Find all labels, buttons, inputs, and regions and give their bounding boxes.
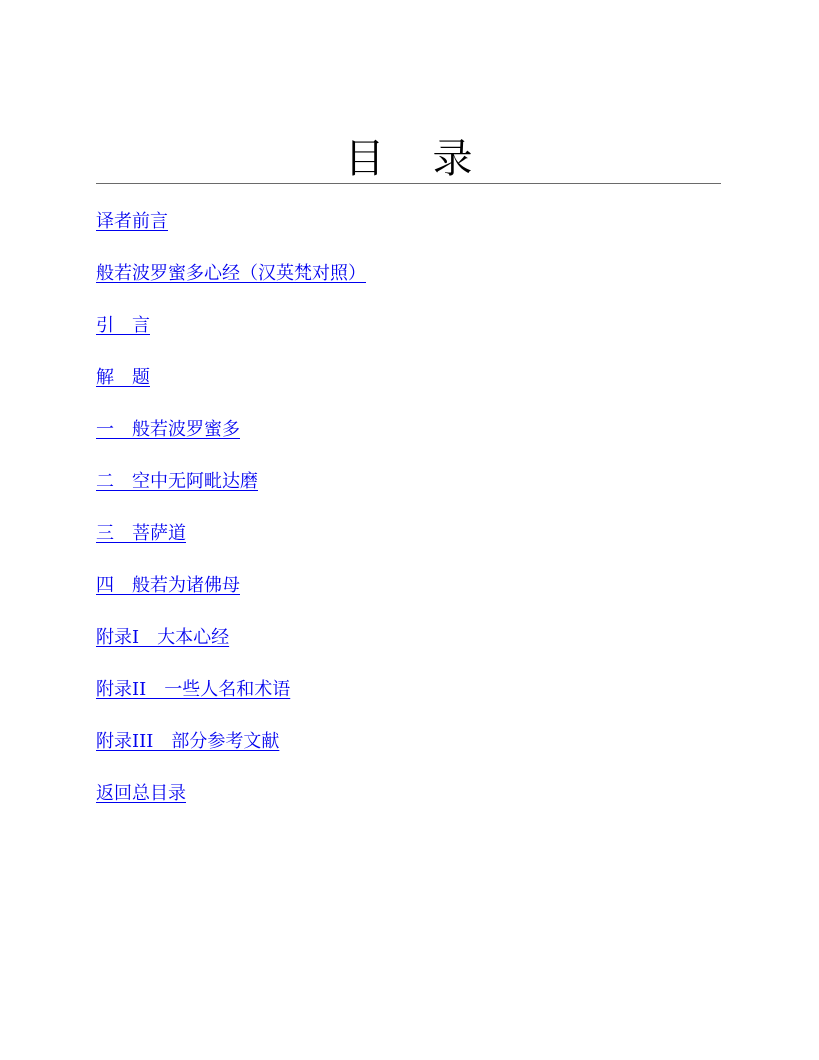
toc-link-appendix-3[interactable]: 附录III 部分参考文献 (96, 731, 279, 752)
toc-item: 附录III 部分参考文献 (96, 730, 366, 782)
toc-link-appendix-1[interactable]: 附录I 大本心经 (96, 627, 229, 648)
page-title-char-2: 录 (433, 136, 473, 182)
toc-item: 引 言 (96, 314, 366, 366)
toc-link-chapter-2[interactable]: 二 空中无阿毗达磨 (96, 471, 258, 492)
toc-item: 二 空中无阿毗达磨 (96, 470, 366, 522)
title-divider (96, 183, 721, 184)
table-of-contents: 译者前言 般若波罗蜜多心经（汉英梵对照） 引 言 解 题 一 般若波罗蜜多 二 … (96, 210, 366, 834)
toc-link-appendix-2[interactable]: 附录II 一些人名和术语 (96, 679, 290, 700)
toc-link-back-to-main-index[interactable]: 返回总目录 (96, 783, 186, 804)
toc-item: 附录II 一些人名和术语 (96, 678, 366, 730)
toc-link-introduction[interactable]: 引 言 (96, 315, 150, 336)
toc-item: 一 般若波罗蜜多 (96, 418, 366, 470)
toc-item: 译者前言 (96, 210, 366, 262)
toc-link-title-explanation[interactable]: 解 题 (96, 367, 150, 388)
toc-item: 解 题 (96, 366, 366, 418)
toc-link-chapter-3[interactable]: 三 菩萨道 (96, 523, 186, 544)
toc-link-translator-preface[interactable]: 译者前言 (96, 211, 168, 232)
toc-item: 四 般若为诸佛母 (96, 574, 366, 626)
toc-item: 三 菩萨道 (96, 522, 366, 574)
page-title: 目录 (96, 136, 721, 182)
page-title-char-1: 目 (345, 136, 385, 182)
toc-link-chapter-4[interactable]: 四 般若为诸佛母 (96, 575, 240, 596)
toc-item: 般若波罗蜜多心经（汉英梵对照） (96, 262, 366, 314)
toc-link-heart-sutra-parallel-text[interactable]: 般若波罗蜜多心经（汉英梵对照） (96, 263, 366, 284)
toc-item: 附录I 大本心经 (96, 626, 366, 678)
toc-item: 返回总目录 (96, 782, 366, 834)
toc-link-chapter-1[interactable]: 一 般若波罗蜜多 (96, 419, 240, 440)
